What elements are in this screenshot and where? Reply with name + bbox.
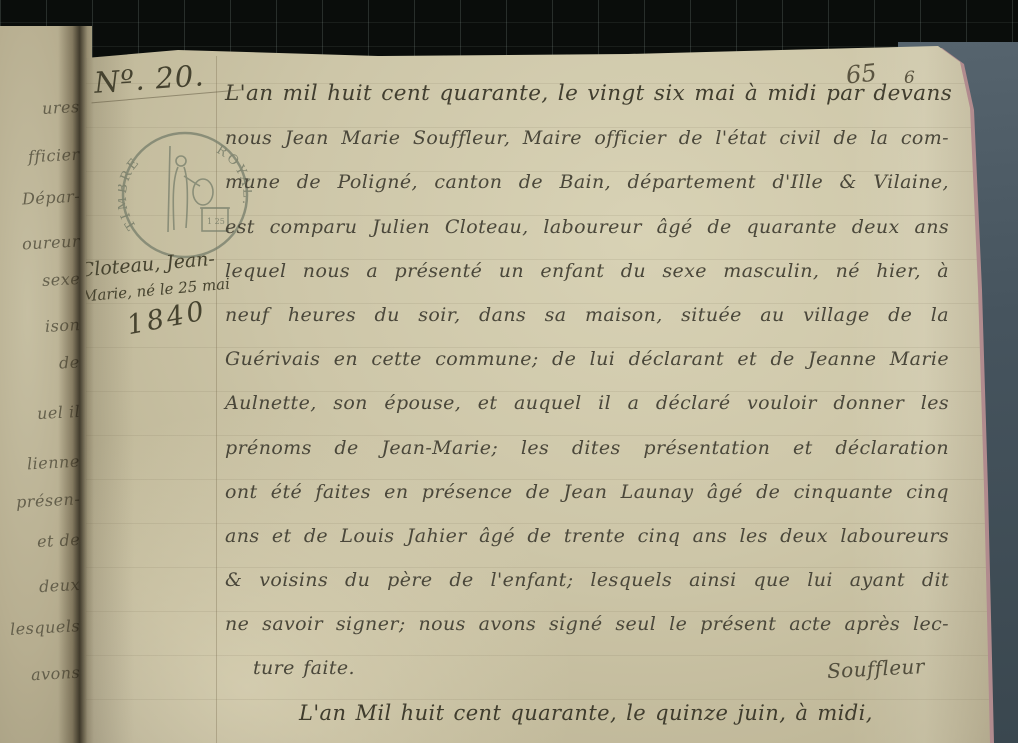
act-line: ne savoir signer; nous avons signé seul … (225, 602, 949, 646)
left-page-text-fragment: de (59, 352, 81, 372)
stamp-denomination: 1 25 (207, 217, 225, 226)
left-page-text-fragment: ures (42, 97, 81, 118)
act-line: Guérivais en cette commune; de lui décla… (225, 337, 949, 381)
left-page-text-fragment: sexe (41, 269, 80, 290)
act-line: L'an mil huit cent quarante, le vingt si… (225, 72, 949, 116)
act-body-text: L'an mil huit cent quarante, le vingt si… (225, 72, 949, 735)
left-page-text-fragment: avons (30, 663, 80, 685)
register-page: Nº. 20. 65 6 TIMBRE ROYAL. (78, 38, 1018, 743)
act-line: mune de Poligné, canton de Bain, départe… (225, 160, 949, 204)
act-line: & voisins du père de l'enfant; lesquels … (225, 558, 949, 602)
act-line: Aulnette, son épouse, et auquel il a déc… (225, 381, 949, 425)
previous-page-edge: ures fficier Dépar- oureur sexe ison de … (0, 26, 92, 743)
left-page-text-fragment: lesquels (9, 616, 80, 639)
left-page-text-fragment: ison (44, 315, 80, 336)
left-page-text-fragment: et de (36, 530, 80, 551)
record-number: Nº. 20. (93, 58, 206, 100)
act-closing-line: ture faite. Souffleur (225, 646, 949, 690)
left-page-text-fragment: oureur (22, 231, 81, 253)
left-page-text-fragment: présen- (15, 489, 80, 511)
act-line: lequel nous a présenté un enfant du sexe… (225, 249, 949, 293)
left-page-text-fragment: lienne (27, 452, 81, 474)
left-page-text-fragment: Dépar- (21, 186, 80, 208)
left-page-text-fragment: fficier (28, 145, 81, 167)
mayor-signature: Souffleur (826, 643, 950, 693)
act-line: prénoms de Jean-Marie; les dites présent… (225, 426, 949, 470)
act-line: ture faite. (225, 646, 355, 690)
act-line: ans et de Louis Jahier âgé de trente cin… (225, 514, 949, 558)
act-line: ont été faites en présence de Jean Launa… (225, 470, 949, 514)
act-line: est comparu Julien Cloteau, laboureur âg… (225, 205, 949, 249)
left-page-text-fragment: uel il (36, 402, 80, 423)
left-page-text-fragment: deux (38, 575, 80, 596)
act-line: nous Jean Marie Souffleur, Maire officie… (225, 116, 949, 160)
next-record-first-line: L'an Mil huit cent quarante, le quinze j… (225, 691, 949, 735)
photograph-of-register-page: ures fficier Dépar- oureur sexe ison de … (0, 0, 1018, 743)
act-line: neuf heures du soir, dans sa maison, sit… (225, 293, 949, 337)
